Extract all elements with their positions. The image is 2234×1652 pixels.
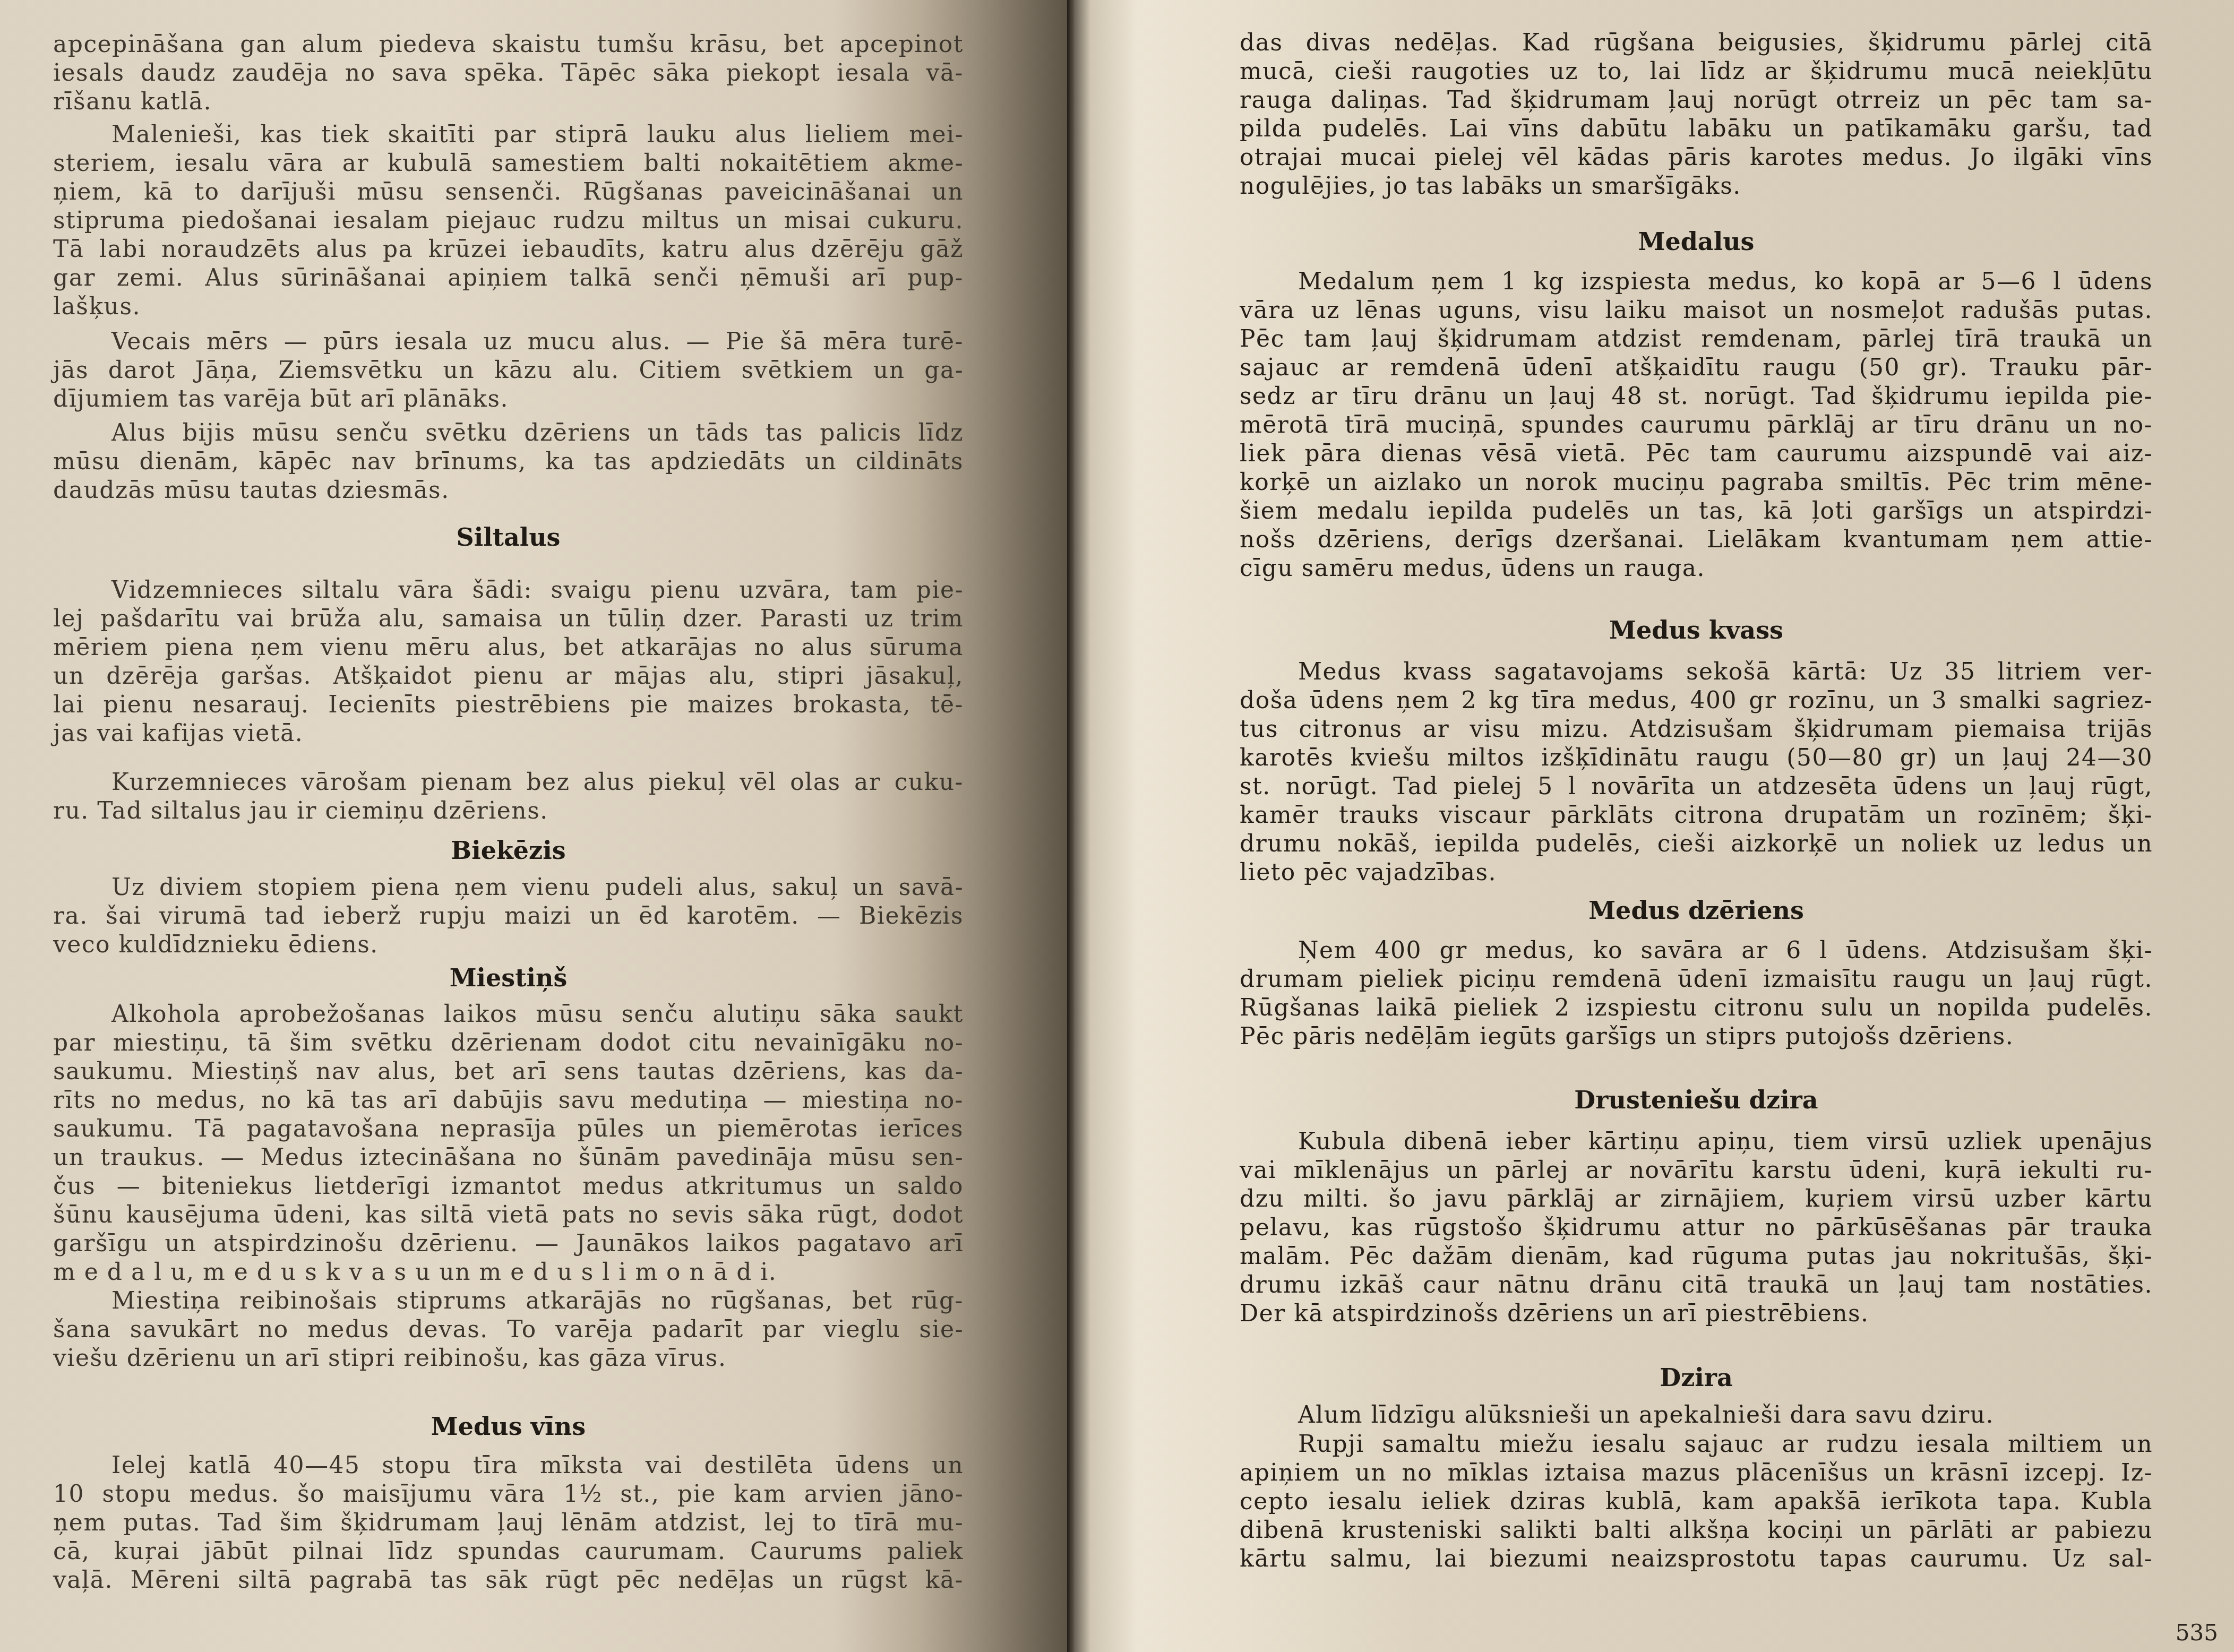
text-line: Uz diviem stopiem piena ņem vienu pudeli…	[53, 874, 964, 901]
text-line: sajauc ar remdenā ūdenī atšķaidītu raugu…	[1240, 354, 2153, 381]
text-line: Medalum ņem 1 kg izspiesta medus, ko kop…	[1240, 268, 2153, 295]
text-line: Kurzemnieces vārošam pienam bez alus pie…	[53, 769, 964, 796]
text-line: lai pienu nesarauj. Iecienīts piestrēbie…	[53, 691, 964, 718]
text-line: šūnu kausējuma ūdeni, kas siltā vietā pa…	[53, 1201, 964, 1228]
text-line: pelavu, kas rūgstošo šķidrumu attur no p…	[1240, 1214, 2153, 1241]
text-line: kārtu salmu, lai biezumi neaizsprostotu …	[1240, 1545, 2153, 1572]
text-line: otrajai mucai pielej vēl kādas pāris kar…	[1240, 144, 2153, 171]
text-line: ra. šai virumā tad ieberž rupju maizi un…	[53, 902, 964, 930]
text-line: Alum līdzīgu alūksnieši un apekalnieši d…	[1240, 1401, 2153, 1429]
text-line: Medus kvass sagatavojams sekošā kārtā: U…	[1240, 658, 2153, 685]
text-line: rauga daliņas. Tad šķidrumam ļauj norūgt…	[1240, 87, 2153, 114]
book-gutter	[1067, 0, 1075, 1652]
text-line: lej pašdarītu vai brūža alu, samaisa un …	[53, 605, 964, 632]
text-line: mūsu dienām, kāpēc nav brīnums, ka tas a…	[53, 448, 964, 475]
text-line: vai mīklenājus un pārlej ar novārītu kar…	[1240, 1157, 2153, 1184]
text-line: drumu nokāš, iepilda pudelēs, cieši aizk…	[1240, 830, 2153, 857]
text-line: šiem medalu iepilda pudelēs un tas, kā ļ…	[1240, 497, 2153, 524]
text-line: rīts no medus, no kā tas arī dabūjis sav…	[53, 1087, 964, 1114]
text-line: veco kuldīdznieku ēdiens.	[53, 931, 964, 958]
text-line: Ņem 400 gr medus, ko savāra ar 6 l ūdens…	[1240, 937, 2153, 964]
text-line: st. norūgt. Tad pielej 5 l novārīta un a…	[1240, 773, 2153, 800]
text-line: šana savukārt no medus devas. To varēja …	[53, 1316, 964, 1343]
text-line: saukumu. Miestiņš nav alus, bet arī sens…	[53, 1058, 964, 1085]
text-line: gar zemi. Alus sūrināšanai apiņiem talkā…	[53, 264, 964, 291]
text-line: Rupji samaltu miežu iesalu sajauc ar rud…	[1240, 1431, 2153, 1458]
section-heading: Drusteniešu dzira	[1240, 1086, 2153, 1114]
text-line: liek pāra dienas vēsā vietā. Pēc tam cau…	[1240, 440, 2153, 467]
text-line: Der kā atspirdzinošs dzēriens un arī pie…	[1240, 1300, 2153, 1327]
text-line: apcepināšana gan alum piedeva skaistu tu…	[53, 31, 964, 58]
text-line: malām. Pēc dažām dienām, kad rūguma puta…	[1240, 1243, 2153, 1270]
text-line: ņiem, kā to darījuši mūsu sensenči. Rūgš…	[53, 178, 964, 205]
text-line: nogulējies, jo tas labāks un smaršīgāks.	[1240, 173, 2153, 200]
text-line: das divas nedēļas. Kad rūgšana beigusies…	[1240, 29, 2153, 56]
text-line: lieto pēc vajadzības.	[1240, 859, 2153, 886]
section-heading: Siltalus	[53, 523, 964, 552]
text-line: viešu dzērienu un arī stipri reibinošu, …	[53, 1345, 964, 1372]
text-line: cā, kuŗai jābūt pilnai līdz spundas caur…	[53, 1538, 964, 1565]
text-line: sedz ar tīru drānu un ļauj 48 st. norūgt…	[1240, 383, 2153, 410]
text-line: vāra uz lēnas uguns, visu laiku maisot u…	[1240, 297, 2153, 324]
text-line: Alus bijis mūsu senču svētku dzēriens un…	[53, 419, 964, 446]
text-line: Vecais mērs — pūrs iesala uz mucu alus. …	[53, 328, 964, 355]
text-line: Pēc pāris nedēļām iegūts garšīgs un stip…	[1240, 1023, 2153, 1050]
text-line: Alkohola aprobežošanas laikos mūsu senču…	[53, 1001, 964, 1028]
text-line: un dzērēja garšas. Atšķaidot pienu ar mā…	[53, 662, 964, 690]
text-line: tus citronus ar visu mizu. Atdzisušam šķ…	[1240, 716, 2153, 743]
text-line: par miestiņu, tā šim svētku dzērienam do…	[53, 1029, 964, 1056]
page-number: 535	[2176, 1620, 2218, 1646]
text-line: Malenieši, kas tiek skaitīti par stiprā …	[53, 121, 964, 148]
text-line: mērotā tīrā muciņā, spundes caurumu pārk…	[1240, 411, 2153, 438]
text-line: vaļā. Mēreni siltā pagrabā tas sāk rūgt …	[53, 1567, 964, 1594]
section-heading: Medus dzēriens	[1240, 896, 2153, 925]
text-line: doša ūdens ņem 2 kg tīra medus, 400 gr r…	[1240, 687, 2153, 714]
section-heading: Dzira	[1240, 1363, 2153, 1392]
text-line: lašķus.	[53, 293, 964, 320]
text-line: drumu izkāš caur nātnu drānu citā traukā…	[1240, 1271, 2153, 1298]
text-line: kamēr trauks viscaur pārklāts citrona dr…	[1240, 802, 2153, 829]
text-line: iesals daudz zaudēja no sava spēka. Tāpē…	[53, 59, 964, 87]
text-line: stipruma piedošanai iesalam piejauc rudz…	[53, 207, 964, 234]
text-line: dījumiem tas varēja būt arī plānāks.	[53, 385, 964, 412]
text-line: čus — biteniekus lietderīgi izmantot med…	[53, 1173, 964, 1200]
text-line: Tā labi noraudzēts alus pa krūzei iebaud…	[53, 236, 964, 263]
text-line: mucā, cieši raugoties uz to, lai līdz ar…	[1240, 58, 2153, 85]
text-line: karotēs kviešu miltos izšķīdinātu raugu …	[1240, 744, 2153, 771]
text-line: pilda pudelēs. Lai vīns dabūtu labāku un…	[1240, 115, 2153, 142]
text-line: cepto iesalu ieliek dziras kublā, kam ap…	[1240, 1488, 2153, 1515]
text-line: nošs dzēriens, derīgs dzeršanai. Lielāka…	[1240, 526, 2153, 553]
left-page-text: apcepināšana gan alum piedeva skaistu tu…	[53, 0, 964, 1652]
text-line: Pēc tam ļauj šķidrumam atdzist remdenam,…	[1240, 325, 2153, 352]
text-line: apiņiem un no mīklas iztaisa mazus plāce…	[1240, 1459, 2153, 1486]
text-line: un traukus. — Medus iztecināšana no šūnā…	[53, 1144, 964, 1171]
text-line: garšīgu un atspirdzinošu dzērienu. — Jau…	[53, 1230, 964, 1257]
section-heading: Miestiņš	[53, 963, 964, 992]
text-line: korķē un aizlako un norok muciņu pagraba…	[1240, 469, 2153, 496]
text-line: ņem putas. Tad šim šķidrumam ļauj lēnām …	[53, 1509, 964, 1536]
text-line: saukumu. Tā pagatavošana neprasīja pūles…	[53, 1115, 964, 1142]
text-line: dibenā krusteniski salikti balti alkšņa …	[1240, 1517, 2153, 1544]
section-heading: Biekēzis	[53, 836, 964, 865]
left-page: apcepināšana gan alum piedeva skaistu tu…	[0, 0, 1067, 1652]
right-page-text: das divas nedēļas. Kad rūgšana beigusies…	[1240, 0, 2153, 1652]
text-line: jās darot Jāņa, Ziemsvētku un kāzu alu. …	[53, 357, 964, 384]
text-line: dzu milti. šo javu pārklāj ar zirnājiem,…	[1240, 1185, 2153, 1212]
text-line: Rūgšanas laikā pieliek 2 izspiestu citro…	[1240, 994, 2153, 1021]
section-heading: Medalus	[1240, 227, 2153, 256]
text-line: cīgu samēru medus, ūdens un rauga.	[1240, 555, 2153, 582]
text-line: Vidzemnieces siltalu vāra šādi: svaigu p…	[53, 577, 964, 604]
text-line: drumam pieliek piciņu remdenā ūdenī izma…	[1240, 966, 2153, 993]
text-line: Kubula dibenā ieber kārtiņu apiņu, tiem …	[1240, 1128, 2153, 1155]
right-page: das divas nedēļas. Kad rūgšana beigusies…	[1067, 0, 2234, 1652]
text-line: Miestiņa reibinošais stiprums atkarājās …	[53, 1287, 964, 1314]
section-heading: Medus kvass	[1240, 616, 2153, 644]
text-line: m e d a l u, m e d u s k v a s u un m e …	[53, 1259, 964, 1286]
text-line: 10 stopu medus. šo maisījumu vāra 1½ st.…	[53, 1481, 964, 1508]
text-line: daudzās mūsu tautas dziesmās.	[53, 477, 964, 504]
text-line: Ielej katlā 40—45 stopu tīra mīksta vai …	[53, 1452, 964, 1479]
section-heading: Medus vīns	[53, 1412, 964, 1441]
text-line: rīšanu katlā.	[53, 88, 964, 115]
text-line: ru. Tad siltalus jau ir ciemiņu dzēriens…	[53, 797, 964, 824]
text-line: mēriem piena ņem vienu mēru alus, bet at…	[53, 634, 964, 661]
text-line: jas vai kafijas vietā.	[53, 720, 964, 747]
text-line: steriem, iesalu vāra ar kubulā samestiem…	[53, 150, 964, 177]
